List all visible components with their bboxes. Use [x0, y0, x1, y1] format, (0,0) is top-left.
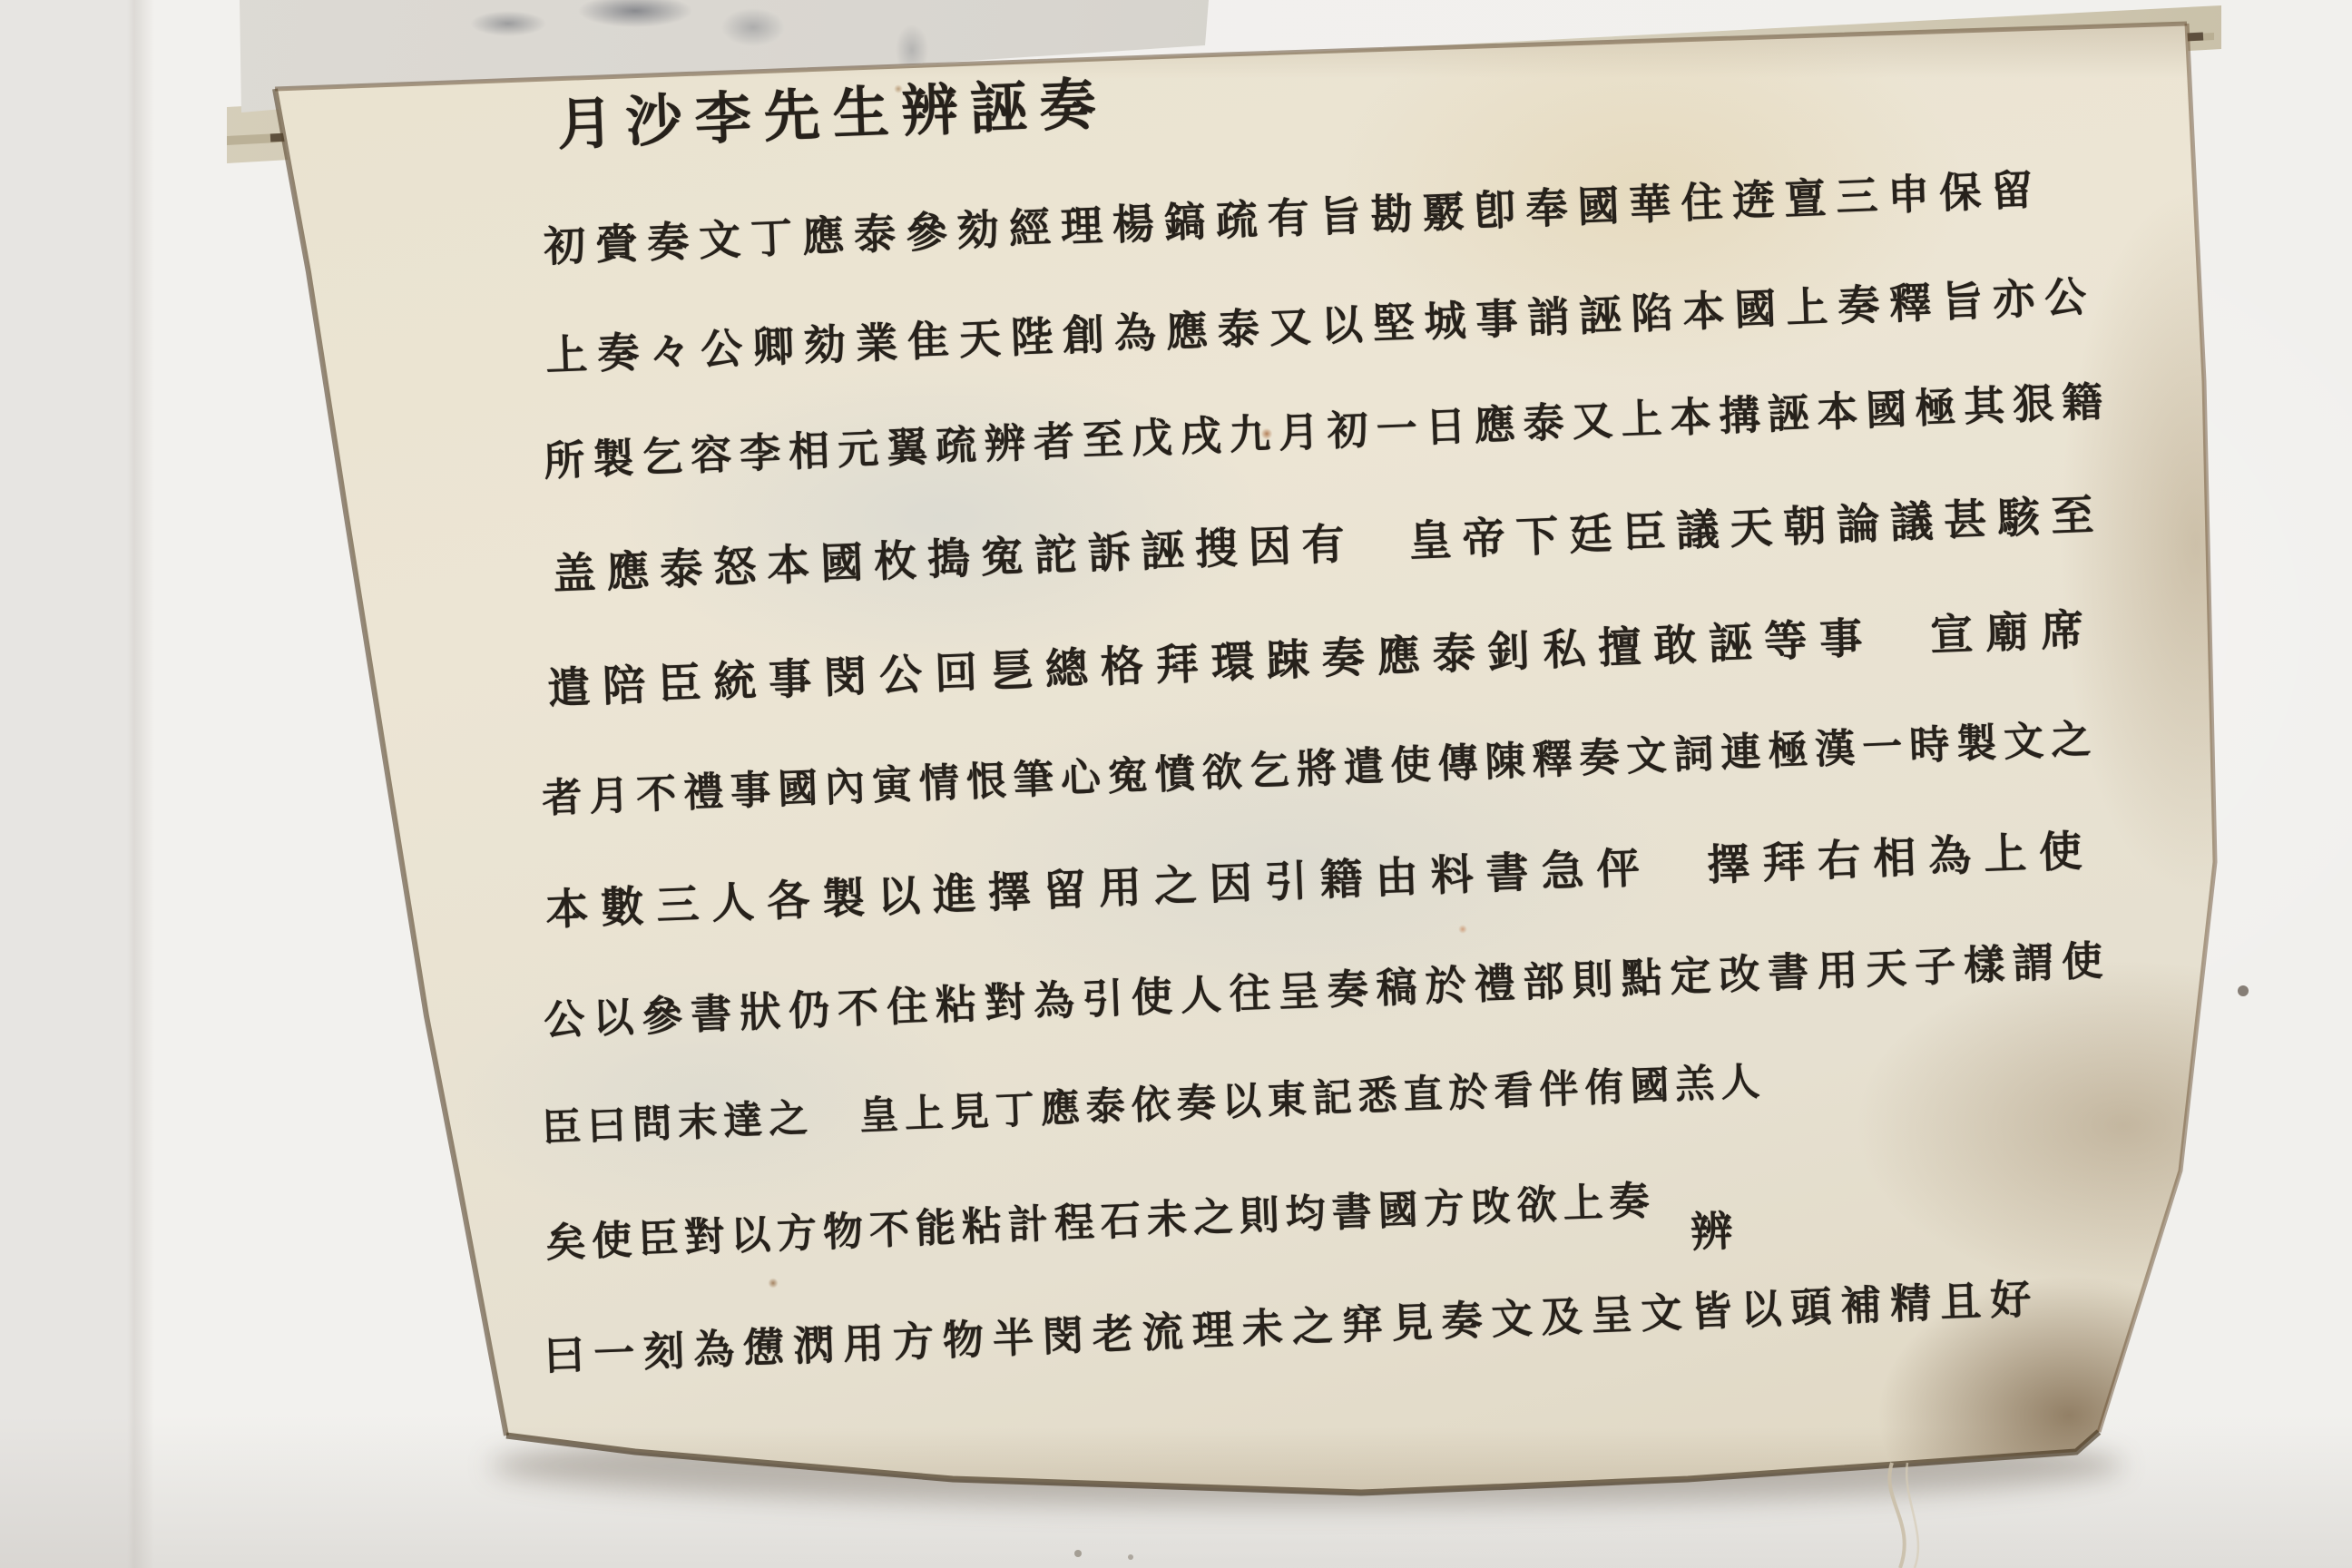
- interlinear-char: 辨: [1690, 1198, 1733, 1259]
